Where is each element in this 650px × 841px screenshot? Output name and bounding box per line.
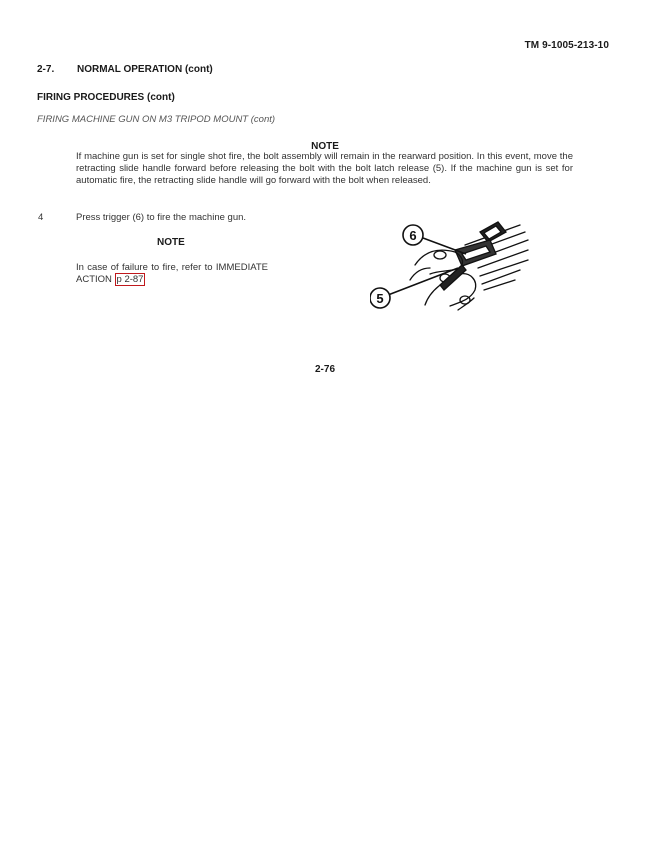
machine-gun-illustration: 6 5	[370, 210, 530, 320]
manual-number: TM 9-1005-213-10	[525, 40, 609, 51]
task-title: FIRING MACHINE GUN ON M3 TRIPOD MOUNT (c…	[37, 114, 275, 125]
note-heading-2: NOTE	[157, 237, 185, 248]
subsection-title: FIRING PROCEDURES (cont)	[37, 92, 175, 103]
section-number: 2-7.	[37, 64, 54, 75]
note-body-2: In case of failure to fire, refer to IMM…	[76, 262, 268, 286]
note-body: If machine gun is set for single shot fi…	[76, 151, 573, 187]
section-title: NORMAL OPERATION (cont)	[77, 64, 213, 75]
page-number: 2-76	[0, 364, 650, 375]
page-reference-link[interactable]: p 2-87	[115, 273, 146, 286]
step-text: Press trigger (6) to fire the machine gu…	[76, 212, 246, 223]
step-number: 4	[38, 212, 43, 223]
callout-5: 5	[370, 288, 390, 308]
svg-text:5: 5	[376, 291, 383, 306]
svg-text:6: 6	[409, 228, 416, 243]
callout-6: 6	[403, 225, 423, 245]
note-body-2-text: In case of failure to fire, refer to IMM…	[76, 262, 268, 285]
machine-gun-figure: 6 5	[370, 210, 530, 320]
